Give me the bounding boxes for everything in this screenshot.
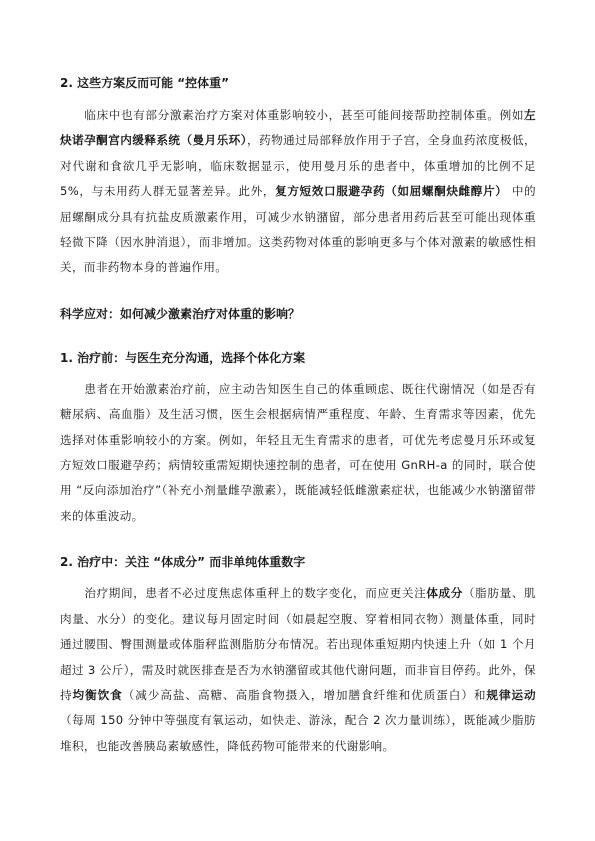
paragraph-before-treatment: 患者在开始激素治疗前，应主动告知医生自己的体重顾虑、既往代谢情况（如是否有糖尿病… — [60, 377, 536, 529]
document-page: 2. 这些方案反而可能 “控体重” 临床中也有部分激素治疗方案对体重影响较小，甚… — [60, 74, 536, 759]
text-run: （每周 150 分钟中等强度有氧运动，如快走、游泳，配合 2 次力量训练），既能… — [60, 713, 536, 752]
section-heading-weight-control: 2. 这些方案反而可能 “控体重” — [60, 74, 536, 92]
subsection-heading-during-treatment: 2. 治疗中：关注 “体成分” 而非单纯体重数字 — [60, 553, 536, 571]
bold-text-regular-exercise: 规律运动 — [486, 688, 536, 702]
text-run: 治疗期间，患者不必过度焦虑体重秤上的数字变化，而应更关注 — [84, 586, 426, 600]
bold-text-oral-contraceptive: 复方短效口服避孕药（如屈螺酮炔雌醇片） — [275, 184, 507, 198]
bold-text-balanced-diet: 均衡饮食 — [73, 688, 123, 702]
paragraph-weight-control: 临床中也有部分激素治疗方案对体重影响较小，甚至可能间接帮助控制体重。例如左炔诺孕… — [60, 103, 536, 281]
text-run: （脂肪量、肌肉量、水分）的变化。建议每月固定时间（如晨起空腹、穿着相同衣物）测量… — [60, 586, 536, 702]
subsection-heading-before-treatment: 1. 治疗前：与医生充分沟通，选择个体化方案 — [60, 349, 536, 367]
paragraph-during-treatment: 治疗期间，患者不必过度焦虑体重秤上的数字变化，而应更关注体成分（脂肪量、肌肉量、… — [60, 581, 536, 759]
main-heading-scientific-response: 科学应对：如何减少激素治疗对体重的影响？ — [60, 305, 536, 323]
text-run: （减少高盐、高糖、高脂食物摄入，增加膳食纤维和优质蛋白）和 — [123, 688, 487, 702]
text-run: 患者在开始激素治疗前，应主动告知医生自己的体重顾虑、既往代谢情况（如是否有糖尿病… — [60, 382, 536, 523]
bold-text-body-composition: 体成分 — [426, 586, 463, 600]
text-run: 临床中也有部分激素治疗方案对体重影响较小，甚至可能间接帮助控制体重。例如 — [84, 108, 524, 122]
